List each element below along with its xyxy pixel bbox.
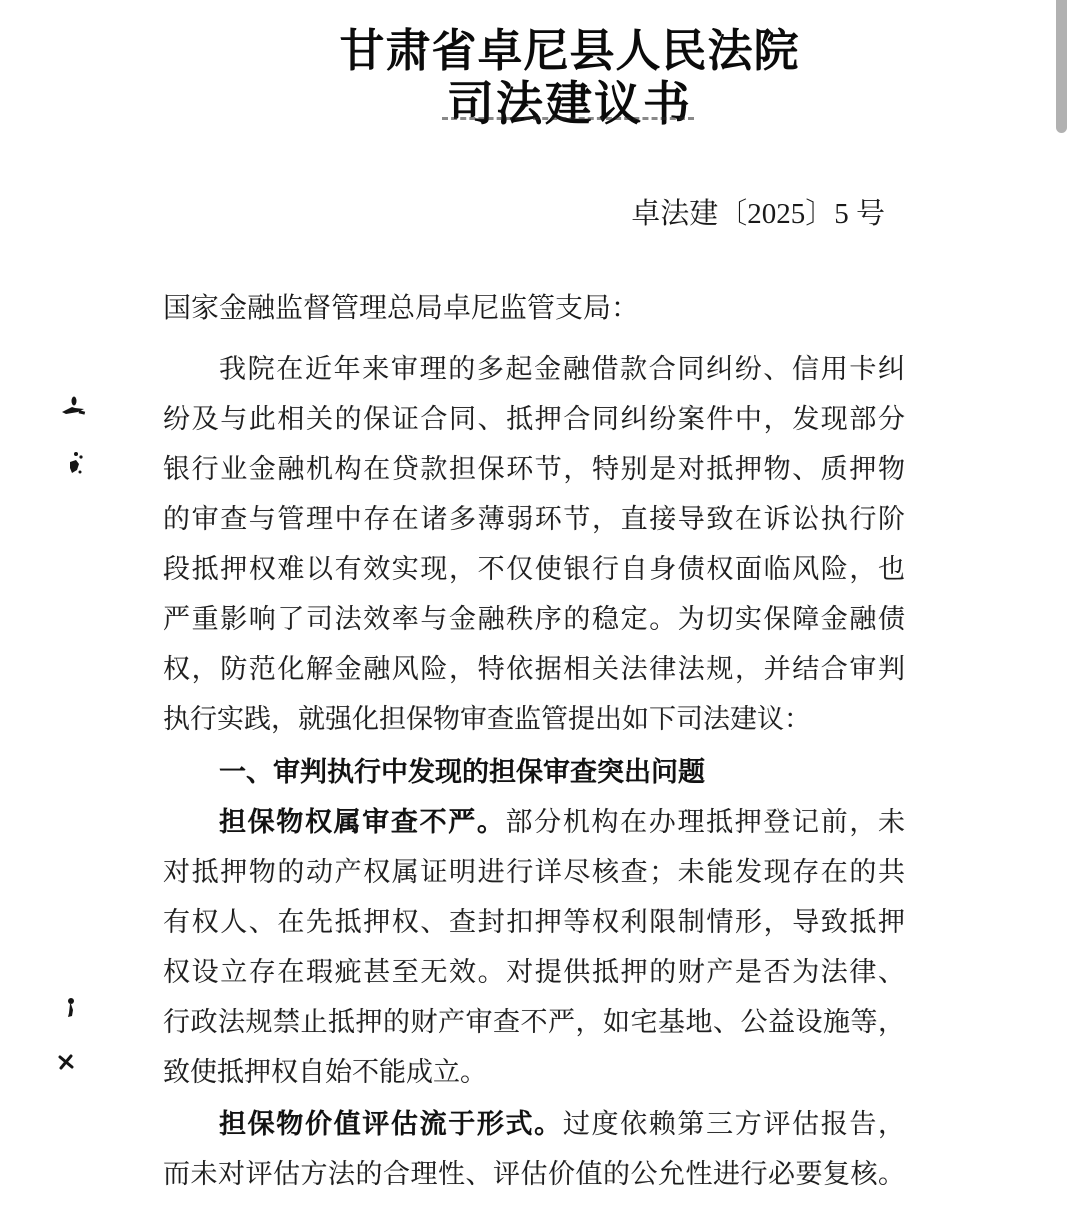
scanned-document-page: 甘肃省卓尼县人民法院 司法建议书 卓法建〔2025〕5 号 国家金融监督管理总局…: [0, 0, 1075, 1211]
body-line: 致使抵押权自始不能成立。: [163, 1047, 905, 1097]
body-line: 而未对评估方法的合理性、评估价值的公允性进行必要复核。: [163, 1149, 905, 1199]
body-line: 纷及与此相关的保证合同、抵押合同纠纷案件中，发现部分: [163, 394, 905, 444]
body-line: 权，防范化解金融风险，特依据相关法律法规，并结合审判: [163, 644, 905, 694]
document-header: 甘肃省卓尼县人民法院 司法建议书: [32, 24, 1075, 132]
document-type-title: 司法建议书: [32, 78, 1075, 132]
body-line: 担保物价值评估流于形式。过度依赖第三方评估报告，: [163, 1099, 905, 1149]
body-line: 行政法规禁止抵押的财产审查不严，如宅基地、公益设施等，: [163, 997, 905, 1047]
body-line: 段抵押权难以有效实现，不仅使银行自身债权面临风险，也: [163, 544, 905, 594]
body-line: 严重影响了司法效率与金融秩序的稳定。为切实保障金融债: [163, 594, 905, 644]
ink-smudge-3: [63, 996, 79, 1023]
body-line: 银行业金融机构在贷款担保环节，特别是对抵押物、质押物: [163, 444, 905, 494]
court-name-title: 甘肃省卓尼县人民法院: [32, 24, 1075, 78]
addressee-line: 国家金融监督管理总局卓尼监管支局：: [163, 284, 905, 334]
body-line: 我院在近年来审理的多起金融借款合同纠纷、信用卡纠: [163, 344, 905, 394]
body-line: 有权人、在先抵押权、查封扣押等权利限制情形，导致抵押: [163, 897, 905, 947]
body-line: 担保物权属审查不严。部分机构在办理抵押登记前，未: [163, 797, 905, 847]
body-line: 执行实践，就强化担保物审查监管提出如下司法建议：: [163, 694, 905, 744]
ink-smudge-1: [60, 396, 88, 423]
document-body: 我院在近年来审理的多起金融借款合同纠纷、信用卡纠 纷及与此相关的保证合同、抵押合…: [163, 344, 905, 1199]
section-heading: 一、审判执行中发现的担保审查突出问题: [163, 747, 905, 797]
body-line: 的审查与管理中存在诸多薄弱环节，直接导致在诉讼执行阶: [163, 494, 905, 544]
body-line: 权设立存在瑕疵甚至无效。对提供抵押的财产是否为法律、: [163, 947, 905, 997]
body-line: 对抵押物的动产权属证明进行详尽核查；未能发现存在的共: [163, 847, 905, 897]
scrollbar-thumb[interactable]: [1056, 0, 1067, 133]
scan-artifact-line: [442, 117, 694, 120]
ink-smudge-4: [57, 1053, 75, 1076]
document-number: 卓法建〔2025〕5 号: [163, 192, 905, 236]
ink-smudge-2: [64, 450, 86, 481]
